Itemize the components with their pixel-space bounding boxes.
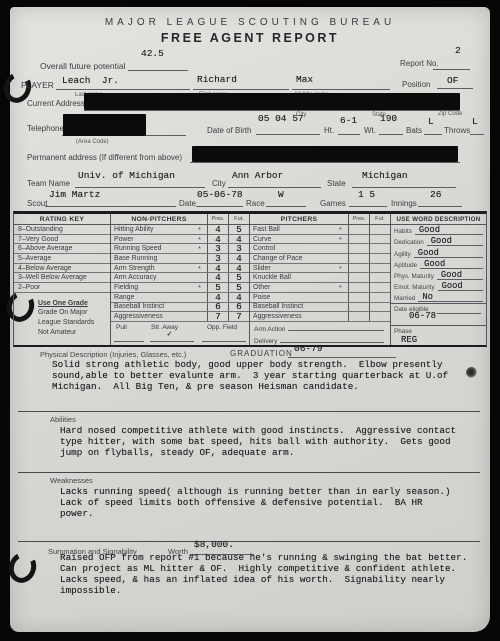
abilities-text: Hard nosed competitive athlete with good…	[60, 425, 456, 458]
future-grade	[369, 303, 390, 312]
graduation-line	[288, 357, 396, 358]
section-divider	[18, 472, 480, 473]
skill-label: Power	[111, 235, 198, 244]
asterisk-mark	[339, 244, 348, 253]
future-header: Fut.	[228, 214, 249, 224]
dob-label: Date of Birth	[207, 126, 251, 135]
report-no-value: 2	[455, 45, 461, 56]
present-grade: 4	[207, 225, 228, 234]
trait-line: Good	[437, 270, 483, 280]
asterisk-mark: *	[339, 235, 348, 244]
team-state-label: State	[327, 179, 346, 188]
position-line	[437, 88, 473, 89]
asterisk-mark: *	[198, 244, 207, 253]
future-grade: 4	[228, 235, 249, 244]
height-value: 6-1	[340, 115, 357, 126]
non-pitchers-row: Arm Strength*44	[111, 264, 249, 274]
bats-value: L	[428, 116, 434, 127]
current-address-line	[84, 110, 460, 111]
first-name-line	[193, 89, 289, 90]
rating-key-item: 6–Above Average	[14, 244, 110, 254]
pitchers-row: Knuckle Ball	[250, 273, 390, 283]
spray-chart-block: Pull Str. Away Opp. Field ✓	[111, 322, 249, 345]
summation-text: Raised OFP from report #1 because he's r…	[60, 552, 467, 596]
opp-field-line	[202, 341, 246, 342]
present-grade: 6	[207, 303, 228, 312]
non-pitchers-row: Hitting Ability*45	[111, 225, 249, 235]
pitchers-row: Other*	[250, 283, 390, 293]
rating-key-item: 4–Below Average	[14, 264, 110, 274]
phase-value: REG	[401, 335, 417, 345]
height-line	[338, 134, 360, 135]
future-grade: 4	[228, 264, 249, 273]
non-pitchers-header: NON-PITCHERS	[111, 214, 207, 224]
asterisk-mark	[198, 293, 207, 302]
scout-value: Jim Martz	[49, 189, 100, 200]
player-label: PLAYER	[21, 80, 54, 90]
current-address-redaction	[84, 93, 460, 110]
section-divider	[18, 541, 480, 542]
non-pitchers-row: Baseball Instinct66	[111, 303, 249, 313]
future-grade: 5	[228, 273, 249, 282]
pitchers-row: Aggressiveness	[250, 312, 390, 322]
skill-label: Control	[250, 244, 339, 253]
trait-line: No	[418, 292, 483, 302]
skill-label: Fielding	[111, 283, 198, 292]
grading-note-line: Grade On Major	[38, 308, 110, 318]
games-value: 1 5	[358, 189, 375, 200]
throws-value: L	[472, 116, 478, 127]
future-grade	[369, 225, 390, 234]
skill-label: Curve	[250, 235, 339, 244]
present-grade: 5	[207, 283, 228, 292]
skill-label: Baseball Instinct	[111, 303, 198, 312]
grading-note-line: Not Amateur	[38, 328, 110, 338]
report-date-value: 05-06-78	[197, 189, 243, 200]
trait-label: Emot. Maturity	[394, 284, 435, 292]
worth-value: $8,000.	[194, 539, 234, 550]
word-description-row: AptitudeGood	[391, 259, 486, 270]
skill-label: Other	[250, 283, 339, 292]
trait-value: Good	[441, 270, 462, 280]
trait-line: Good	[414, 248, 483, 258]
trait-value: Good	[419, 225, 440, 235]
future-grade: 5	[228, 283, 249, 292]
weaknesses-label: Weaknesses	[50, 476, 93, 485]
asterisk-mark	[198, 312, 207, 321]
asterisk-mark	[339, 303, 348, 312]
middle-name-line	[292, 89, 390, 90]
team-state-value: Michigan	[362, 170, 408, 181]
pitchers-row: Change of Pace	[250, 254, 390, 264]
present-grade: 4	[207, 264, 228, 273]
non-pitchers-row: Range44	[111, 293, 249, 303]
pitchers-row: Slider*	[250, 264, 390, 274]
asterisk-mark	[198, 254, 207, 263]
bureau-title: MAJOR LEAGUE SCOUTING BUREAU	[0, 17, 500, 28]
physical-description-label: Physical Description (Injuries, Glasses,…	[40, 350, 186, 359]
games-line	[349, 206, 387, 207]
non-pitchers-row: Running Speed*33	[111, 244, 249, 254]
date-eligible-value: 06-78	[409, 311, 436, 321]
present-grade	[348, 235, 369, 244]
present-grade: 3	[207, 244, 228, 253]
present-grade	[348, 312, 369, 321]
throws-line	[470, 134, 484, 135]
team-city-line	[228, 187, 321, 188]
present-grade	[348, 283, 369, 292]
pull-line	[114, 341, 144, 342]
middle-name-value: Max	[296, 74, 313, 85]
delivery-label: Delivery	[254, 338, 277, 345]
present-grade	[348, 254, 369, 263]
straight-away-line	[150, 341, 194, 342]
arm-action-label: Arm Action	[254, 326, 285, 333]
weight-value: 190	[380, 113, 397, 124]
current-address-label: Current Address	[27, 99, 85, 108]
asterisk-mark: *	[198, 264, 207, 273]
permanent-address-line	[190, 162, 460, 163]
skill-label: Aggressiveness	[111, 312, 198, 321]
team-name-label: Team Name	[27, 179, 70, 188]
present-grade	[348, 293, 369, 302]
rating-key-item: 8–Outstanding	[14, 225, 110, 235]
innings-line	[418, 206, 462, 207]
future-grade	[369, 264, 390, 273]
trait-line: Good	[427, 236, 483, 246]
pitchers-column: PITCHERS Pres. Fut. Fast Ball* Curve* Co…	[250, 214, 391, 345]
skill-label: Range	[111, 293, 198, 302]
future-grade: 4	[228, 254, 249, 263]
weight-label: Wt.	[364, 126, 376, 135]
position-label: Position	[402, 80, 430, 89]
trait-label: Phys. Maturity	[394, 273, 434, 281]
trait-line: Good	[415, 225, 483, 235]
present-grade: 7	[207, 312, 228, 321]
check-mark: ✓	[167, 329, 172, 339]
ink-stamp-mark	[466, 367, 477, 378]
asterisk-mark: *	[339, 225, 348, 234]
area-code-sublabel: (Area Code)	[76, 139, 109, 145]
skill-label: Change of Pace	[250, 254, 339, 263]
trait-label: Dedication	[394, 239, 424, 247]
report-no-line	[433, 69, 470, 70]
skill-label: Aggressiveness	[250, 312, 339, 321]
scanned-scouting-report: MAJOR LEAGUE SCOUTING BUREAU FREE AGENT …	[0, 0, 500, 641]
physical-description-text: Solid strong athletic body, good upper b…	[52, 359, 448, 392]
last-name-value: Leach Jr.	[62, 75, 119, 86]
trait-value: Good	[442, 281, 463, 291]
non-pitchers-row: Fielding*55	[111, 283, 249, 293]
pitchers-row: Control	[250, 244, 390, 254]
permanent-address-label: Permanent address (If different from abo…	[27, 153, 182, 162]
trait-label: Habits	[394, 228, 412, 236]
race-label: Race	[246, 199, 265, 208]
skill-label: Baseball Instinct	[250, 303, 339, 312]
rating-key-column: RATING KEY 8–Outstanding 7–Very Good 6–A…	[14, 214, 111, 345]
skill-label: Arm Accuracy	[111, 273, 198, 282]
trait-line: Good	[420, 259, 483, 269]
dob-line	[256, 134, 320, 135]
dob-value: 05 04 57	[258, 113, 304, 124]
present-grade	[348, 225, 369, 234]
word-description-header: USE WORD DESCRIPTION	[391, 214, 486, 225]
grading-note: Use One Grade Grade On Major League Stan…	[14, 293, 110, 345]
team-city-label: City	[212, 179, 226, 188]
pitchers-row: Poise	[250, 293, 390, 303]
skill-label: Running Speed	[111, 244, 198, 253]
asterisk-mark: *	[339, 264, 348, 273]
future-grade: 7	[228, 312, 249, 321]
word-description-column: USE WORD DESCRIPTION HabitsGood Dedicati…	[391, 214, 486, 345]
permanent-address-redaction	[192, 146, 458, 162]
trait-value: Good	[418, 248, 439, 258]
ratings-table: RATING KEY 8–Outstanding 7–Very Good 6–A…	[13, 211, 487, 347]
skill-label: Base Running	[111, 254, 198, 263]
skill-label: Arm Strength	[111, 264, 198, 273]
report-date-line	[196, 206, 243, 207]
team-city-value: Ann Arbor	[232, 170, 283, 181]
non-pitchers-header-row: NON-PITCHERS Pres. Fut.	[111, 214, 249, 225]
present-grade: 4	[207, 235, 228, 244]
rating-key-item: 3–Well Below Average	[14, 273, 110, 283]
position-value: OF	[447, 75, 458, 86]
non-pitchers-row: Base Running34	[111, 254, 249, 264]
pitchers-header: PITCHERS	[250, 214, 348, 224]
future-grade	[369, 244, 390, 253]
section-divider	[18, 411, 480, 412]
bats-line	[424, 134, 442, 135]
telephone-redaction	[63, 114, 146, 136]
team-name-value: Univ. of Michigan	[78, 170, 175, 181]
pitchers-row: Baseball Instinct	[250, 303, 390, 313]
present-grade	[348, 273, 369, 282]
future-grade: 3	[228, 244, 249, 253]
future-grade	[369, 273, 390, 282]
skill-label: Poise	[250, 293, 339, 302]
asterisk-mark	[339, 312, 348, 321]
future-grade: 6	[228, 303, 249, 312]
pitchers-row: Fast Ball*	[250, 225, 390, 235]
asterisk-mark: *	[198, 225, 207, 234]
rating-key-header: RATING KEY	[14, 214, 110, 225]
pitchers-row: Curve*	[250, 235, 390, 245]
rating-key-item: 7–Very Good	[14, 235, 110, 245]
first-name-value: Richard	[197, 74, 237, 85]
abilities-label: Abilities	[50, 415, 76, 424]
future-grade	[369, 254, 390, 263]
skill-label: Knuckle Ball	[250, 273, 339, 282]
team-state-line	[352, 187, 456, 188]
innings-label: Innings	[391, 199, 417, 208]
asterisk-mark	[339, 273, 348, 282]
non-pitchers-row: Power*44	[111, 235, 249, 245]
present-grade	[348, 303, 369, 312]
skill-label: Hitting Ability	[111, 225, 198, 234]
telephone-label: Telephone	[27, 124, 64, 133]
skill-label: Slider	[250, 264, 339, 273]
throws-label: Throws	[444, 126, 470, 135]
phase-label: Phase	[394, 328, 412, 335]
word-description-row: MarriedNo	[391, 292, 486, 303]
date-eligible-line	[437, 313, 481, 314]
rating-key-item: 5–Average	[14, 254, 110, 264]
asterisk-mark: *	[198, 235, 207, 244]
word-description-row: Phys. MaturityGood	[391, 270, 486, 281]
asterisk-mark	[339, 293, 348, 302]
arm-action-block: Arm Action Delivery	[250, 322, 390, 345]
asterisk-mark	[198, 303, 207, 312]
present-grade: 4	[207, 273, 228, 282]
date-eligible-block: Date eligible 06-78	[391, 303, 486, 325]
address-zip-sublabel: Zip Code	[438, 111, 462, 117]
ofp-label: Overall future potential	[40, 61, 126, 71]
word-description-row: Emot. MaturityGood	[391, 281, 486, 292]
graduation-value: 06-79	[294, 343, 323, 354]
present-grade	[348, 264, 369, 273]
present-header: Pres.	[348, 214, 369, 224]
non-pitchers-row: Aggressiveness77	[111, 312, 249, 322]
ofp-line	[128, 70, 188, 71]
trait-label: Agility	[394, 251, 411, 259]
trait-value: Good	[431, 236, 452, 246]
pitchers-header-row: PITCHERS Pres. Fut.	[250, 214, 390, 225]
present-grade: 3	[207, 254, 228, 263]
report-no-label: Report No.	[400, 59, 439, 68]
present-grade: 4	[207, 293, 228, 302]
team-name-line	[75, 187, 205, 188]
rating-key-item: 2–Poor	[14, 283, 110, 293]
bats-label: Bats	[406, 126, 422, 135]
games-label: Games	[320, 199, 346, 208]
future-grade	[369, 283, 390, 292]
ofp-value: 42.5	[141, 48, 164, 59]
word-description-row: DedicationGood	[391, 236, 486, 247]
weight-line	[379, 134, 403, 135]
word-description-row: AgilityGood	[391, 247, 486, 258]
report-date-label: Date	[179, 199, 196, 208]
asterisk-mark	[339, 254, 348, 263]
race-value: W	[278, 189, 284, 200]
arm-action-line	[288, 330, 384, 331]
report-title: FREE AGENT REPORT	[0, 31, 500, 45]
future-header: Fut.	[369, 214, 390, 224]
asterisk-mark: *	[339, 283, 348, 292]
present-grade	[348, 244, 369, 253]
pull-label: Pull	[116, 324, 127, 331]
asterisk-mark: *	[198, 283, 207, 292]
height-label: Ht.	[324, 126, 334, 135]
trait-label: Aptitude	[394, 262, 417, 270]
trait-value: No	[422, 292, 433, 302]
grading-note-line: Use One Grade	[38, 299, 110, 309]
last-name-line	[56, 89, 190, 90]
present-header: Pres.	[207, 214, 228, 224]
opp-field-label: Opp. Field	[207, 324, 237, 331]
race-line	[266, 206, 306, 207]
future-grade	[369, 293, 390, 302]
future-grade	[369, 235, 390, 244]
arm-action-row: Arm Action	[250, 322, 390, 334]
future-grade	[369, 312, 390, 321]
straight-away-label: Str. Away	[151, 324, 178, 331]
asterisk-mark	[198, 273, 207, 282]
scout-line	[45, 206, 176, 207]
word-description-row: HabitsGood	[391, 225, 486, 236]
trait-line: Good	[438, 281, 483, 291]
trait-label: Married	[394, 295, 415, 303]
grading-note-line: League Standards	[38, 318, 110, 328]
non-pitchers-row: Arm Accuracy45	[111, 273, 249, 283]
skill-label: Fast Ball	[250, 225, 339, 234]
innings-value: 26	[430, 189, 441, 200]
future-grade: 4	[228, 293, 249, 302]
weaknesses-text: Lacks running speed( although is running…	[60, 486, 451, 519]
non-pitchers-column: NON-PITCHERS Pres. Fut. Hitting Ability*…	[111, 214, 250, 345]
trait-value: Good	[424, 259, 445, 269]
graduation-label: GRADUATION	[230, 349, 293, 358]
future-grade: 5	[228, 225, 249, 234]
phase-block: Phase REG	[391, 325, 486, 345]
